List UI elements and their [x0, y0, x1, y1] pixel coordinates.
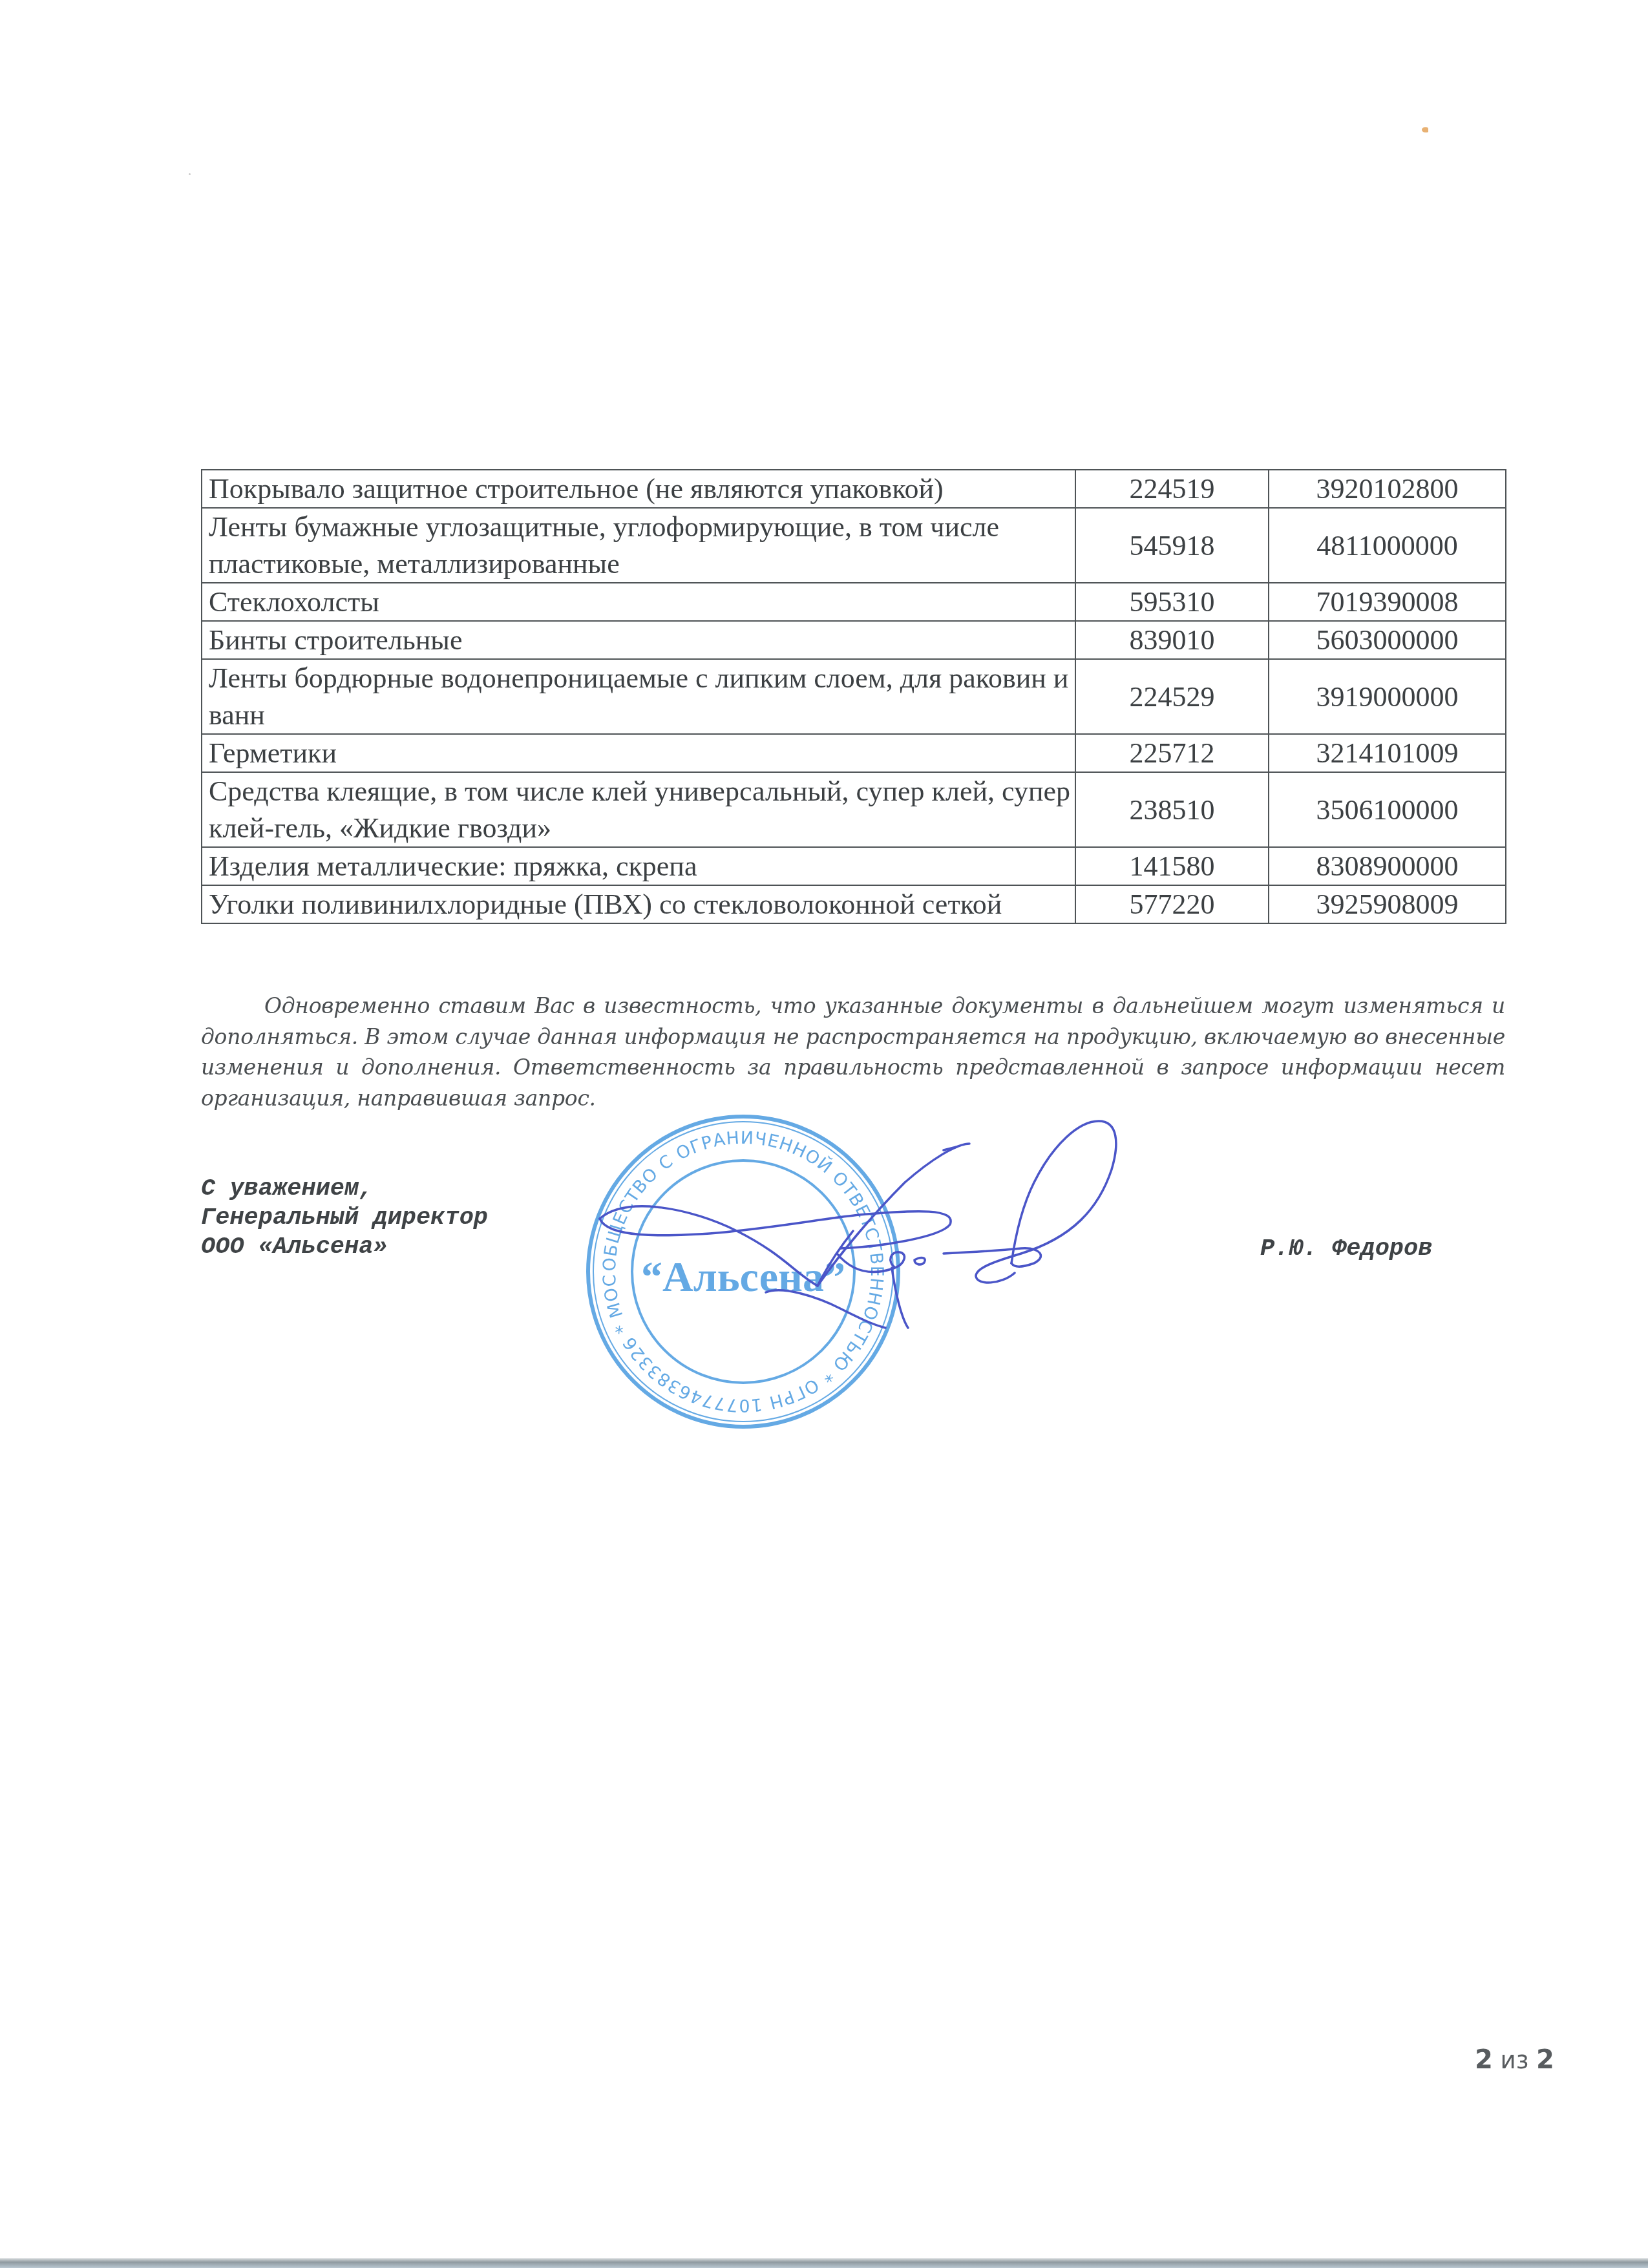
tnved-code-cell: 7019390008 — [1269, 583, 1506, 621]
tnved-code-cell: 4811000000 — [1269, 508, 1506, 583]
tnved-code-cell: 8308900000 — [1269, 847, 1506, 885]
product-name-cell: Ленты бумажные углозащитные, углоформиру… — [202, 508, 1075, 583]
okpd-code-cell: 238510 — [1075, 772, 1269, 847]
tnved-code-cell: 3925908009 — [1269, 885, 1506, 923]
okpd-code-cell: 545918 — [1075, 508, 1269, 583]
okpd-code-cell: 225712 — [1075, 734, 1269, 772]
tnved-code-cell: 5603000000 — [1269, 621, 1506, 659]
table-row: Изделия металлические: пряжка, скрепа141… — [202, 847, 1506, 885]
table-row: Герметики2257123214101009 — [202, 734, 1506, 772]
okpd-code-cell: 595310 — [1075, 583, 1269, 621]
table-row: Ленты бумажные углозащитные, углоформиру… — [202, 508, 1506, 583]
product-name-cell: Герметики — [202, 734, 1075, 772]
page-total: 2 — [1536, 2045, 1554, 2075]
table-row: Уголки поливинилхлоридные (ПВХ) со стекл… — [202, 885, 1506, 923]
product-name-cell: Бинты строительные — [202, 621, 1075, 659]
tnved-code-cell: 3506100000 — [1269, 772, 1506, 847]
table-row: Бинты строительные8390105603000000 — [202, 621, 1506, 659]
table-row: Ленты бордюрные водонепроницаемые с липк… — [202, 659, 1506, 734]
product-name-cell: Покрывало защитное строительное (не явля… — [202, 470, 1075, 508]
stamp-center-text: “Альсена” — [641, 1254, 845, 1301]
position-line: Генеральный директор — [201, 1204, 488, 1233]
product-name-cell: Стеклохолсты — [202, 583, 1075, 621]
scan-speck — [1422, 127, 1428, 132]
table-row: Средства клеящие, в том числе клей униве… — [202, 772, 1506, 847]
scan-bottom-edge — [0, 2258, 1648, 2268]
product-name-cell: Ленты бордюрные водонепроницаемые с липк… — [202, 659, 1075, 734]
page-number: 2 из 2 — [1475, 2045, 1554, 2075]
okpd-code-cell: 839010 — [1075, 621, 1269, 659]
signature-block: С уважением, Генеральный директор ООО «А… — [201, 1175, 488, 1262]
stamp-seal: ОБЩЕСТВО С ОГРАНИЧЕННОЙ ОТВЕТСТВЕННОСТЬЮ… — [562, 1083, 898, 1427]
page-separator: из — [1501, 2046, 1529, 2074]
table-row: Стеклохолсты5953107019390008 — [202, 583, 1506, 621]
product-name-cell: Средства клеящие, в том числе клей униве… — [202, 772, 1075, 847]
svg-text:ОБЩЕСТВО С ОГРАНИЧЕННОЙ ОТВЕТС: ОБЩЕСТВО С ОГРАНИЧЕННОЙ ОТВЕТСТВЕННОСТЬЮ… — [562, 1083, 887, 1415]
page-current: 2 — [1475, 2045, 1493, 2075]
company-stamp: ОБЩЕСТВО С ОГРАНИЧЕННОЙ ОТВЕТСТВЕННОСТЬЮ… — [569, 1098, 1150, 1434]
tnved-code-cell: 3920102800 — [1269, 470, 1506, 508]
scan-dot — [189, 173, 191, 175]
company-line: ООО «Альсена» — [201, 1233, 488, 1262]
notice-paragraph: Одновременно ставим Вас в известность, ч… — [201, 991, 1505, 1113]
table-row: Покрывало защитное строительное (не явля… — [202, 470, 1506, 508]
signatory-name: Р.Ю. Федоров — [1260, 1235, 1432, 1263]
stamp-ring-text: ОБЩЕСТВО С ОГРАНИЧЕННОЙ ОТВЕТСТВЕННОСТЬЮ… — [562, 1083, 887, 1415]
okpd-code-cell: 224529 — [1075, 659, 1269, 734]
tnved-code-cell: 3214101009 — [1269, 734, 1506, 772]
product-name-cell: Уголки поливинилхлоридные (ПВХ) со стекл… — [202, 885, 1075, 923]
closing-line: С уважением, — [201, 1175, 488, 1204]
okpd-code-cell: 224519 — [1075, 470, 1269, 508]
products-table: Покрывало защитное строительное (не явля… — [201, 469, 1506, 924]
product-name-cell: Изделия металлические: пряжка, скрепа — [202, 847, 1075, 885]
okpd-code-cell: 577220 — [1075, 885, 1269, 923]
tnved-code-cell: 3919000000 — [1269, 659, 1506, 734]
okpd-code-cell: 141580 — [1075, 847, 1269, 885]
